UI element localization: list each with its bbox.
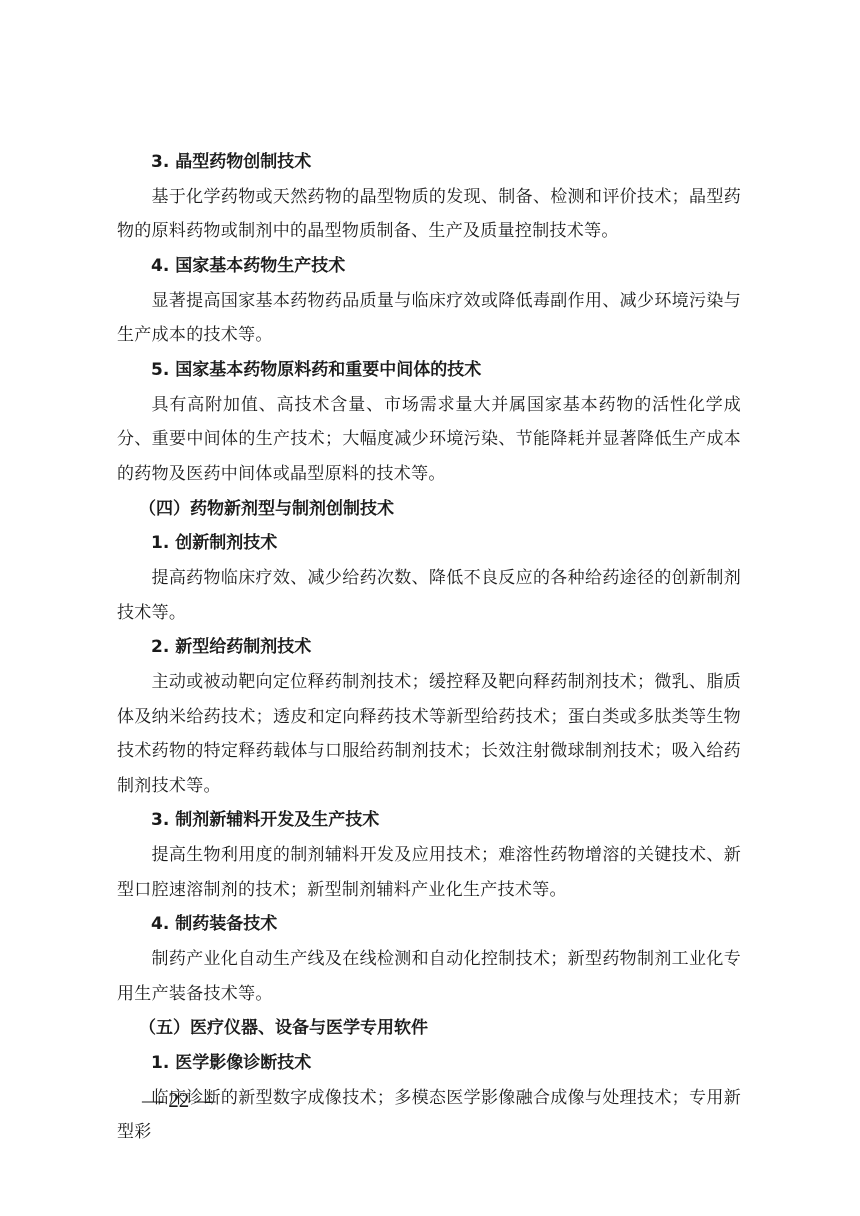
section-heading-medical-devices: （五）医疗仪器、设备与医学专用软件 [117, 1011, 741, 1046]
paragraph-crystal-drugs: 基于化学药物或天然药物的晶型物质的发现、制备、检测和评价技术；晶型药物的原料药物… [117, 180, 741, 249]
section-heading-new-dosage-forms: （四）药物新剂型与制剂创制技术 [117, 492, 741, 527]
paragraph-excipients: 提高生物利用度的制剂辅料开发及应用技术；难溶性药物增溶的关键技术、新型口腔速溶制… [117, 838, 741, 907]
paragraph-pharma-equipment: 制药产业化自动生产线及在线检测和自动化控制技术；新型药物制剂工业化专用生产装备技… [117, 942, 741, 1011]
page-number: — 22 — [142, 1088, 216, 1113]
paragraph-novel-delivery: 主动或被动靶向定位释药制剂技术；缓控释及靶向释药制剂技术；微乳、脂质体及纳米给药… [117, 665, 741, 804]
subsection-heading-innovative-formulation: 1. 创新制剂技术 [117, 526, 741, 561]
subsection-heading-medical-imaging: 1. 医学影像诊断技术 [117, 1046, 741, 1081]
paragraph-essential-drug-apis: 具有高附加值、高技术含量、市场需求量大并属国家基本药物的活性化学成分、重要中间体… [117, 388, 741, 492]
document-page: 3. 晶型药物创制技术 基于化学药物或天然药物的晶型物质的发现、制备、检测和评价… [117, 145, 741, 1150]
subsection-heading-essential-drug-production: 4. 国家基本药物生产技术 [117, 249, 741, 284]
subsection-heading-excipients: 3. 制剂新辅料开发及生产技术 [117, 803, 741, 838]
subsection-heading-novel-delivery: 2. 新型给药制剂技术 [117, 630, 741, 665]
subsection-heading-crystal-drugs: 3. 晶型药物创制技术 [117, 145, 741, 180]
subsection-heading-essential-drug-apis: 5. 国家基本药物原料药和重要中间体的技术 [117, 353, 741, 388]
paragraph-essential-drug-production: 显著提高国家基本药物药品质量与临床疗效或降低毒副作用、减少环境污染与生产成本的技… [117, 284, 741, 353]
paragraph-innovative-formulation: 提高药物临床疗效、减少给药次数、降低不良反应的各种给药途径的创新制剂技术等。 [117, 561, 741, 630]
subsection-heading-pharma-equipment: 4. 制药装备技术 [117, 907, 741, 942]
